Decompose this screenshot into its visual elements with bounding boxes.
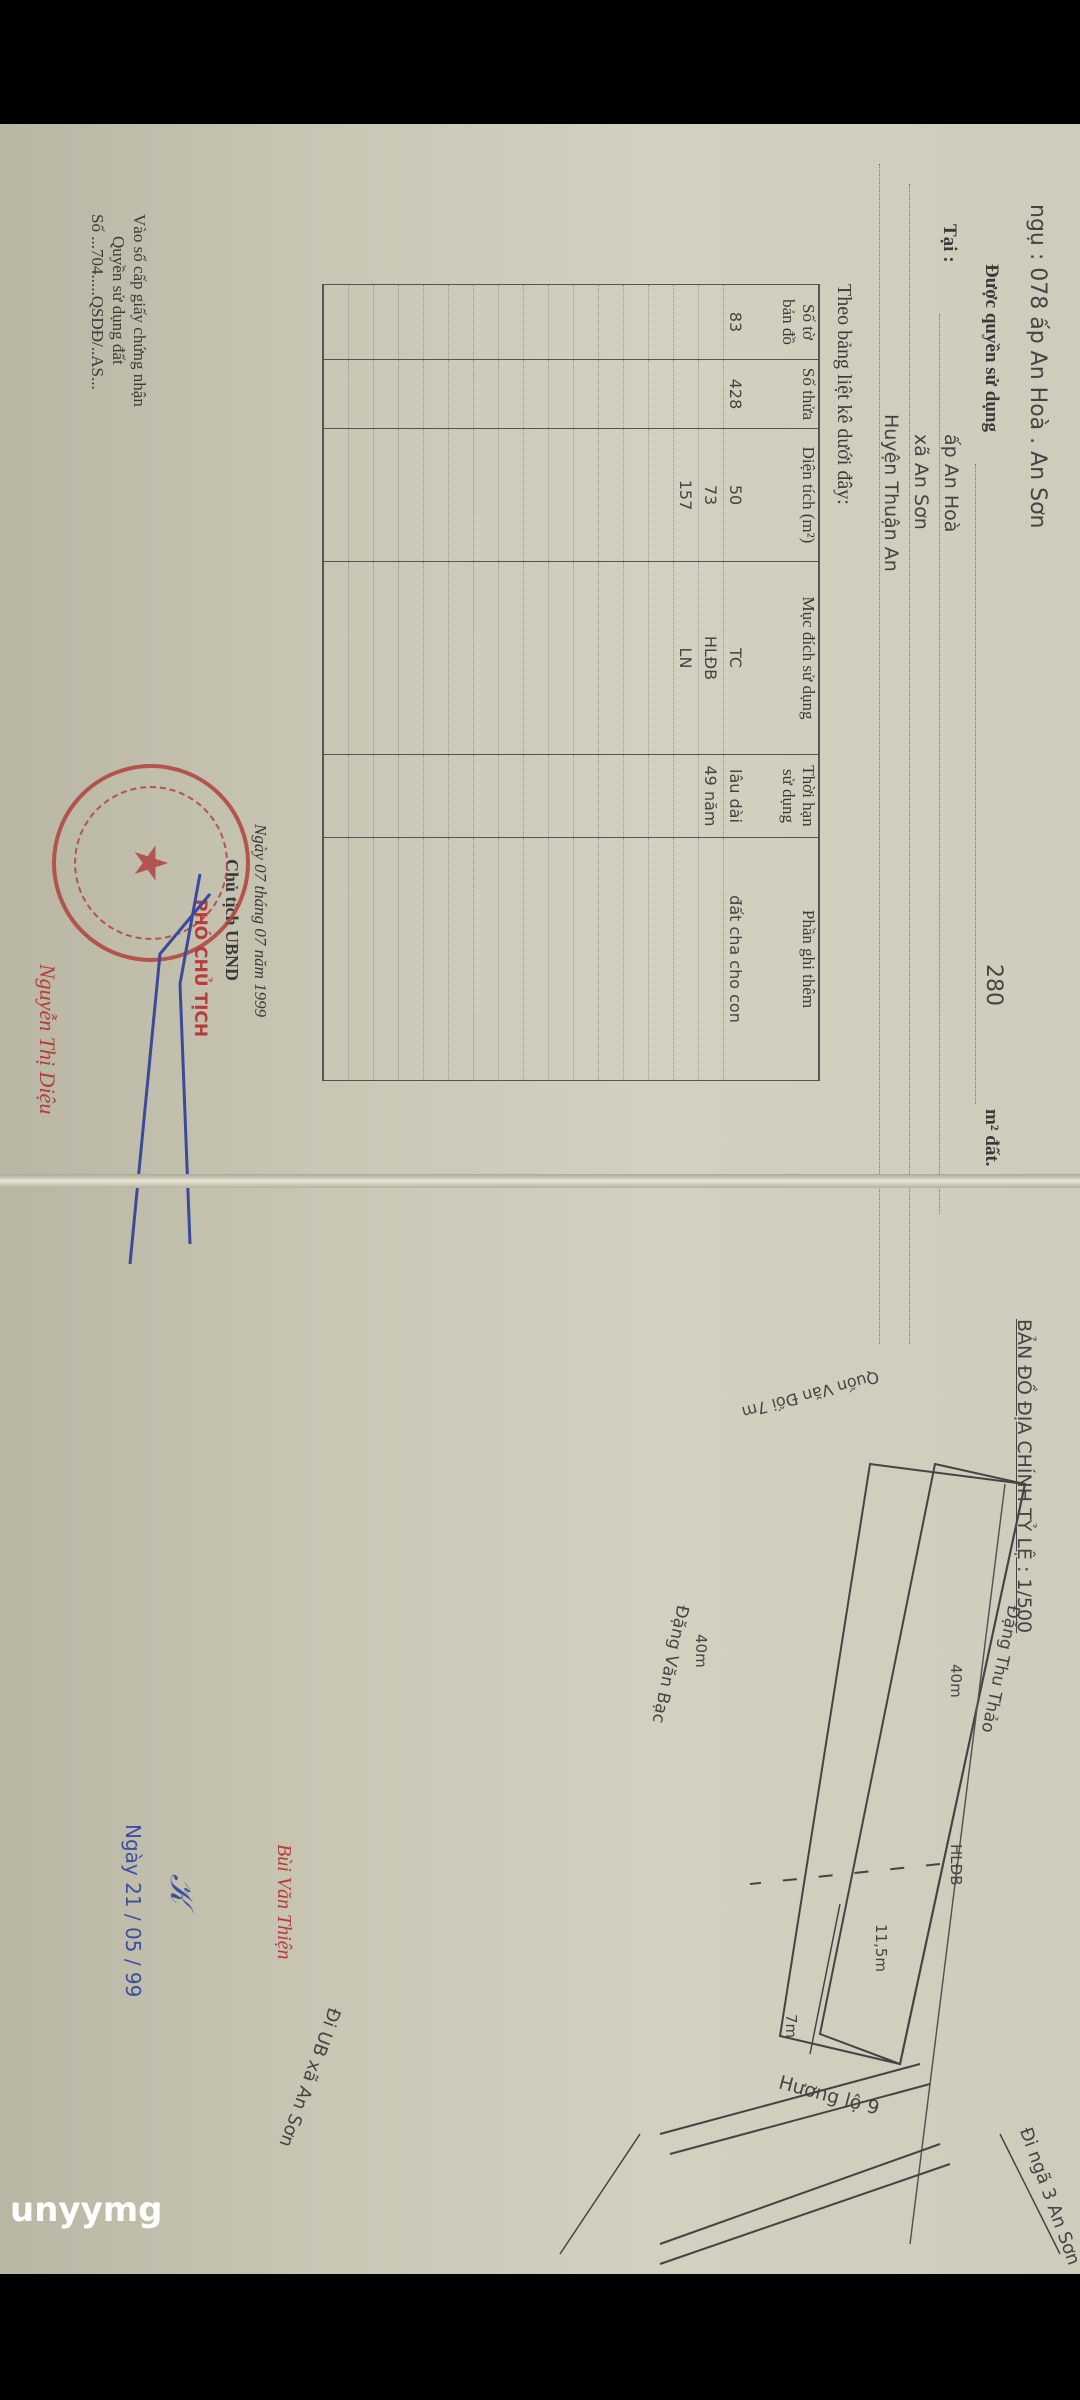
location-district: Huyện Thuận An xyxy=(879,164,902,1344)
signer-name: Nguyễn Thị Diệu xyxy=(34,964,60,1114)
col-header-map-sheet: Số tờ bản đồ xyxy=(748,285,819,360)
table-row xyxy=(424,285,449,1081)
label-front-length: 7m xyxy=(782,2014,800,2038)
verify-signature-icon: 𝒦 xyxy=(162,1874,200,1904)
col-header-parcel: Số thửa xyxy=(748,360,819,429)
col-header-area: Diện tích (m²) xyxy=(748,429,819,562)
table-row xyxy=(474,285,499,1081)
table-row xyxy=(499,285,524,1081)
label-south-length: 40m xyxy=(692,1634,710,1668)
col-header-duration: Thời hạn sử dụng xyxy=(748,755,819,838)
cell-area: 50 xyxy=(724,429,749,562)
cell-map-sheet xyxy=(674,285,699,360)
document-photo: ngụ : 078 ấp An Hoà . An Sơn Được quyền … xyxy=(0,124,1080,2274)
table-row xyxy=(524,285,549,1081)
land-parcel-table: Số tờ bản đồ Số thửa Diện tích (m²) Mục … xyxy=(322,284,820,1081)
table-row xyxy=(649,285,674,1081)
area-dotted-line xyxy=(975,464,1000,1104)
table-row: 83 428 50 TC lâu dài đất cha cho con xyxy=(724,285,749,1081)
table-row xyxy=(374,285,399,1081)
watermark: unyymg xyxy=(10,2190,163,2230)
parcel-sketch xyxy=(0,1184,1080,2274)
label-north-length: 40m xyxy=(947,1664,965,1698)
cell-area: 157 xyxy=(674,429,699,562)
verify-signer: Bùi Văn Thiện xyxy=(272,1844,295,1960)
cell-parcel: 428 xyxy=(724,360,749,429)
certificate-spread: ngụ : 078 ấp An Hoà . An Sơn Được quyền … xyxy=(0,124,1080,2274)
location-commune: xã An Sơn xyxy=(909,184,932,1344)
cell-notes xyxy=(699,838,724,1081)
table-row xyxy=(574,285,599,1081)
location-hamlet: ấp An Hoà xyxy=(939,314,962,1214)
cell-map-sheet: 83 xyxy=(724,285,749,360)
registry-note: Vào sổ cấp giấy chứng nhận Quyền sử dụng… xyxy=(87,214,150,407)
area-unit: m² đất. xyxy=(980,1109,1002,1166)
issue-date: Ngày 07 tháng 07 năm 1999 xyxy=(250,824,270,1017)
registry-line-1: Vào sổ cấp giấy chứng nhận xyxy=(129,214,150,407)
location-label: Tại : xyxy=(938,224,960,263)
cell-purpose: LN xyxy=(674,562,699,755)
table-intro: Theo bảng liệt kê dưới đây: xyxy=(832,284,855,505)
registry-line-2: Quyền sử dụng đất xyxy=(108,214,129,407)
use-right-label: Được quyền sử dụng xyxy=(980,264,1002,432)
table-row xyxy=(399,285,424,1081)
col-header-purpose: Mục đích sử dụng xyxy=(748,562,819,755)
verify-date: Ngày 21 / 05 / 99 xyxy=(121,1824,145,1997)
table-row: 157 LN xyxy=(674,285,699,1081)
table-row xyxy=(599,285,624,1081)
owner-address: ngụ : 078 ấp An Hoà . An Sơn xyxy=(1025,204,1050,528)
registry-line-3: Số ...704.....QSDĐ/..AS... xyxy=(87,214,108,407)
cell-purpose: HLĐB xyxy=(699,562,724,755)
cell-area: 73 xyxy=(699,429,724,562)
cell-duration: lâu dài xyxy=(724,755,749,838)
table-row xyxy=(624,285,649,1081)
cell-notes xyxy=(674,838,699,1081)
table-row xyxy=(323,285,349,1081)
area-value: 280 xyxy=(981,964,1006,1006)
cell-duration xyxy=(674,755,699,838)
label-corridor: HLĐB xyxy=(947,1844,965,1886)
label-setback: 11,5m xyxy=(872,1924,890,1972)
table-row: 73 HLĐB 49 năm xyxy=(699,285,724,1081)
table-row xyxy=(549,285,574,1081)
cell-parcel xyxy=(674,360,699,429)
cell-notes: đất cha cho con xyxy=(724,838,749,1081)
table-row xyxy=(449,285,474,1081)
cell-duration: 49 năm xyxy=(699,755,724,838)
table-row xyxy=(349,285,374,1081)
cell-parcel xyxy=(699,360,724,429)
cell-purpose: TC xyxy=(724,562,749,755)
col-header-notes: Phần ghi thêm xyxy=(748,838,819,1081)
cell-map-sheet xyxy=(699,285,724,360)
